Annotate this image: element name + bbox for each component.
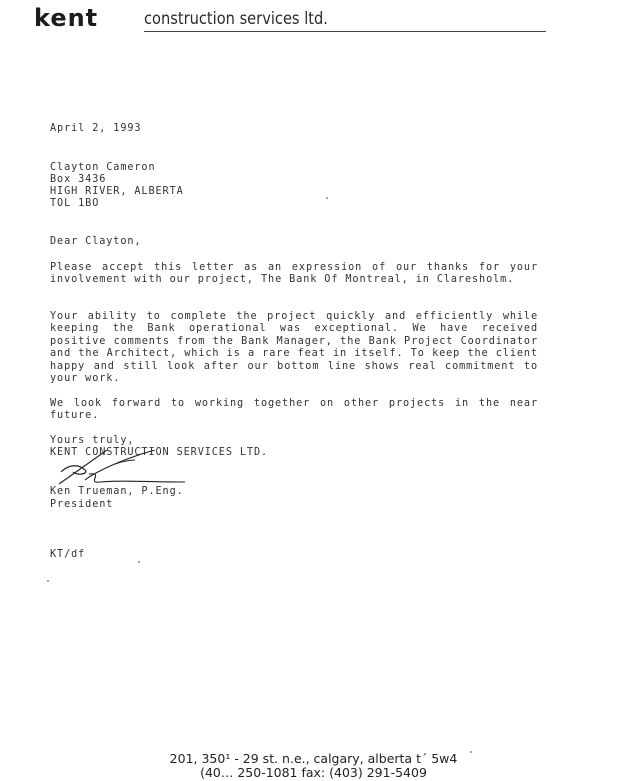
recipient-name: Clayton Cameron xyxy=(50,162,156,174)
signature xyxy=(55,450,195,490)
footer-phone: (40… 250-1081 fax: (403) 291-5409 xyxy=(0,765,627,780)
footer-address: 201, 350¹ - 29 st. n.e., calgary, albert… xyxy=(0,751,627,766)
recipient-box: Box 3436 xyxy=(50,174,106,186)
brand-logo: kent xyxy=(34,4,98,32)
paragraph-2: Your ability to complete the project qui… xyxy=(50,311,538,385)
closing: Yours truly, xyxy=(50,435,134,447)
signer-name: Ken Trueman, P.Eng. xyxy=(50,486,184,498)
recipient-city: HIGH RIVER, ALBERTA xyxy=(50,186,184,198)
letter-date: April 2, 1993 xyxy=(50,123,141,135)
paragraph-1: Please accept this letter as an expressi… xyxy=(50,262,538,287)
recipient-postal: TOL 1BO xyxy=(50,198,99,210)
company-subtitle: construction services ltd. xyxy=(144,9,328,29)
salutation: Dear Clayton, xyxy=(50,236,141,248)
scan-speck xyxy=(326,197,328,199)
paragraph-3: We look forward to working together on o… xyxy=(50,398,538,423)
letterhead-rule xyxy=(144,31,546,32)
reference-initials: KT/df xyxy=(50,549,85,561)
scan-speck xyxy=(47,580,49,582)
signer-title: President xyxy=(50,499,113,511)
scan-speck xyxy=(138,561,140,563)
letterhead: kent construction services ltd. xyxy=(34,4,546,34)
